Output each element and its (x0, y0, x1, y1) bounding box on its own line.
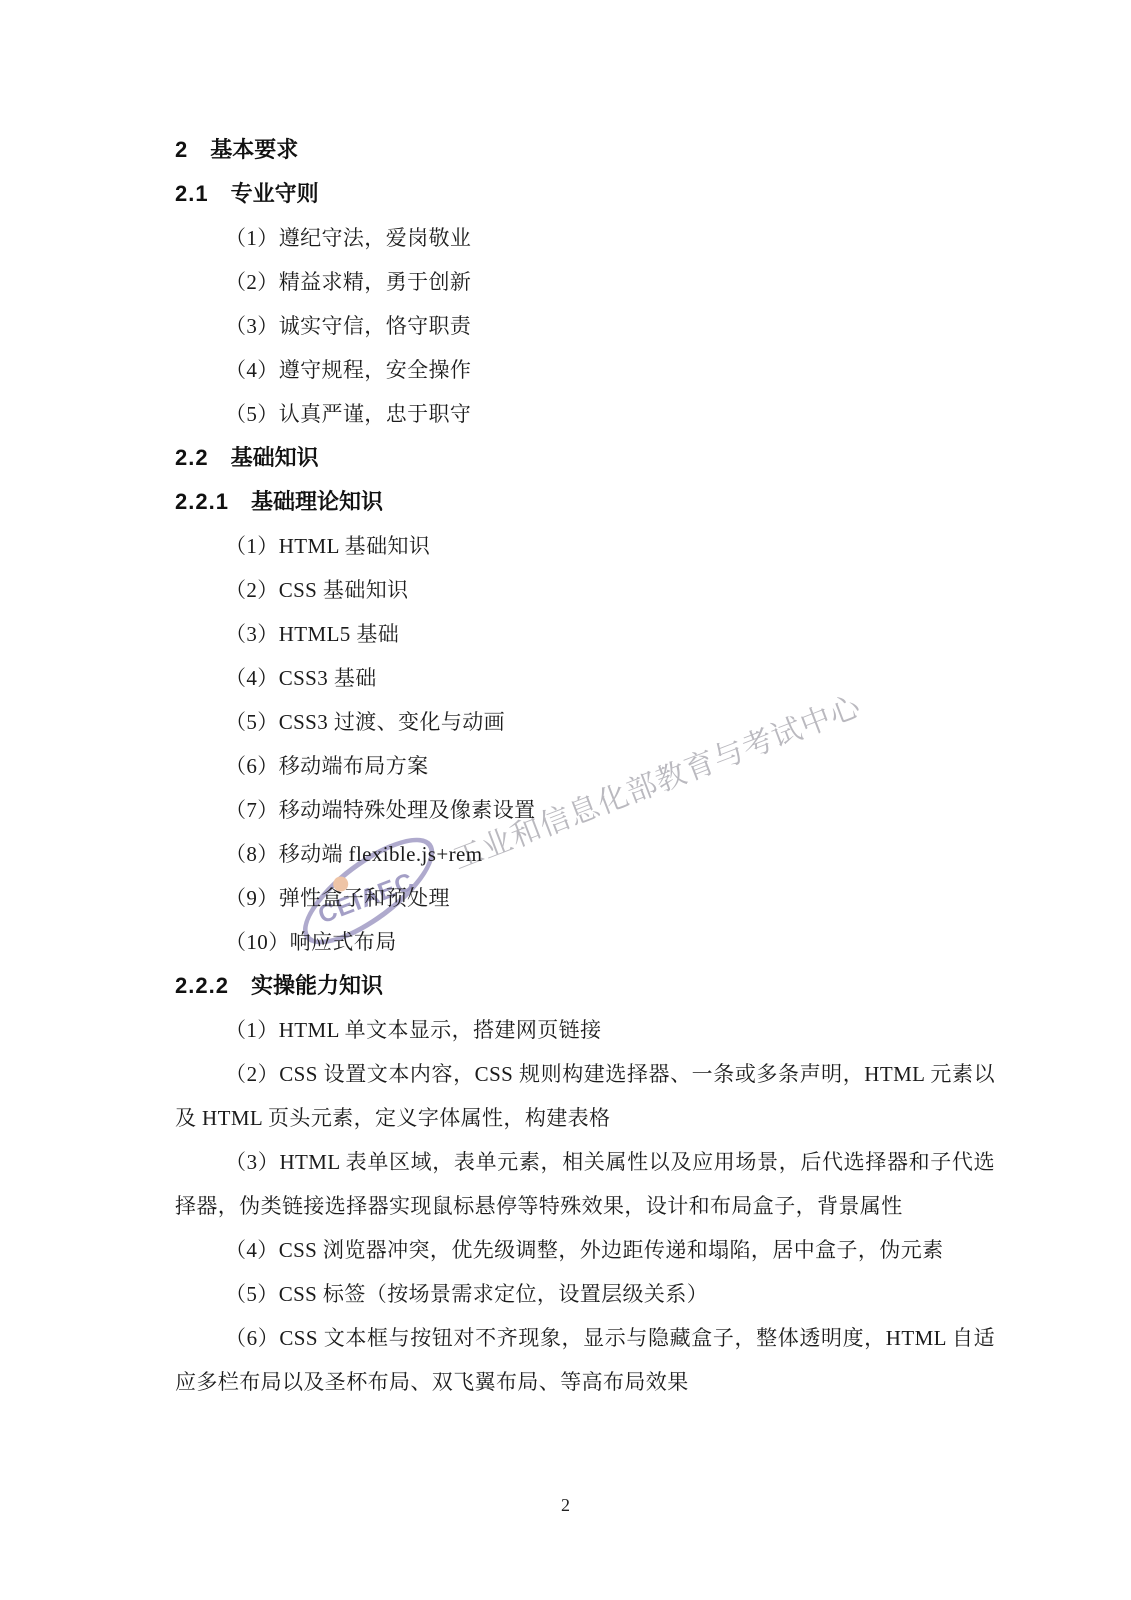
list-item: （6）CSS 文本框与按钮对不齐现象，显示与隐藏盒子，整体透明度，HTML 自适… (175, 1316, 995, 1404)
section-title: 基础理论知识 (251, 489, 383, 514)
section-title: 基本要求 (210, 137, 298, 162)
section-number: 2.2.1 (175, 480, 229, 524)
document-page: CEIAEC 工业和信息化部教育与考试中心 2基本要求 2.1专业守则 （1）遵… (0, 0, 1131, 1600)
list-item: （6）移动端布局方案 (175, 744, 995, 788)
list-item: （4）遵守规程，安全操作 (175, 348, 995, 392)
section-title: 基础知识 (231, 445, 319, 470)
list-item: （2）精益求精，勇于创新 (175, 260, 995, 304)
list-item: （2）CSS 基础知识 (175, 568, 995, 612)
list-item: （1）HTML 单文本显示，搭建网页链接 (175, 1008, 995, 1052)
section-heading-2-2: 2.2基础知识 (175, 436, 995, 480)
section-title: 实操能力知识 (251, 973, 383, 998)
section-heading-2-2-2: 2.2.2实操能力知识 (175, 964, 995, 1008)
list-item: （5）CSS3 过渡、变化与动画 (175, 700, 995, 744)
list-item: （1）HTML 基础知识 (175, 524, 995, 568)
list-item: （9）弹性盒子和预处理 (175, 876, 995, 920)
section-title: 专业守则 (231, 181, 319, 206)
section-number: 2.2.2 (175, 964, 229, 1008)
list-item: （3）诚实守信，恪守职责 (175, 304, 995, 348)
section-heading-2-1: 2.1专业守则 (175, 172, 995, 216)
section-heading-2: 2基本要求 (175, 128, 995, 172)
list-item: （7）移动端特殊处理及像素设置 (175, 788, 995, 832)
list-item: （3）HTML5 基础 (175, 612, 995, 656)
list-item: （5）认真严谨，忠于职守 (175, 392, 995, 436)
list-item: （3）HTML 表单区域，表单元素，相关属性以及应用场景，后代选择器和子代选择器… (175, 1140, 995, 1228)
section-number: 2 (175, 128, 188, 172)
list-item: （1）遵纪守法，爱岗敬业 (175, 216, 995, 260)
list-item: （4）CSS3 基础 (175, 656, 995, 700)
list-item: （2）CSS 设置文本内容，CSS 规则构建选择器、一条或多条声明，HTML 元… (175, 1052, 995, 1140)
section-heading-2-2-1: 2.2.1基础理论知识 (175, 480, 995, 524)
list-item: （10）响应式布局 (175, 920, 995, 964)
page-number: 2 (0, 1490, 1131, 1520)
list-item: （4）CSS 浏览器冲突，优先级调整，外边距传递和塌陷，居中盒子，伪元素 (175, 1228, 995, 1272)
section-number: 2.1 (175, 172, 209, 216)
list-item: （8）移动端 flexible.js+rem (175, 832, 995, 876)
document-content: 2基本要求 2.1专业守则 （1）遵纪守法，爱岗敬业 （2）精益求精，勇于创新 … (175, 128, 995, 1404)
section-number: 2.2 (175, 436, 209, 480)
list-item: （5）CSS 标签（按场景需求定位，设置层级关系） (175, 1272, 995, 1316)
